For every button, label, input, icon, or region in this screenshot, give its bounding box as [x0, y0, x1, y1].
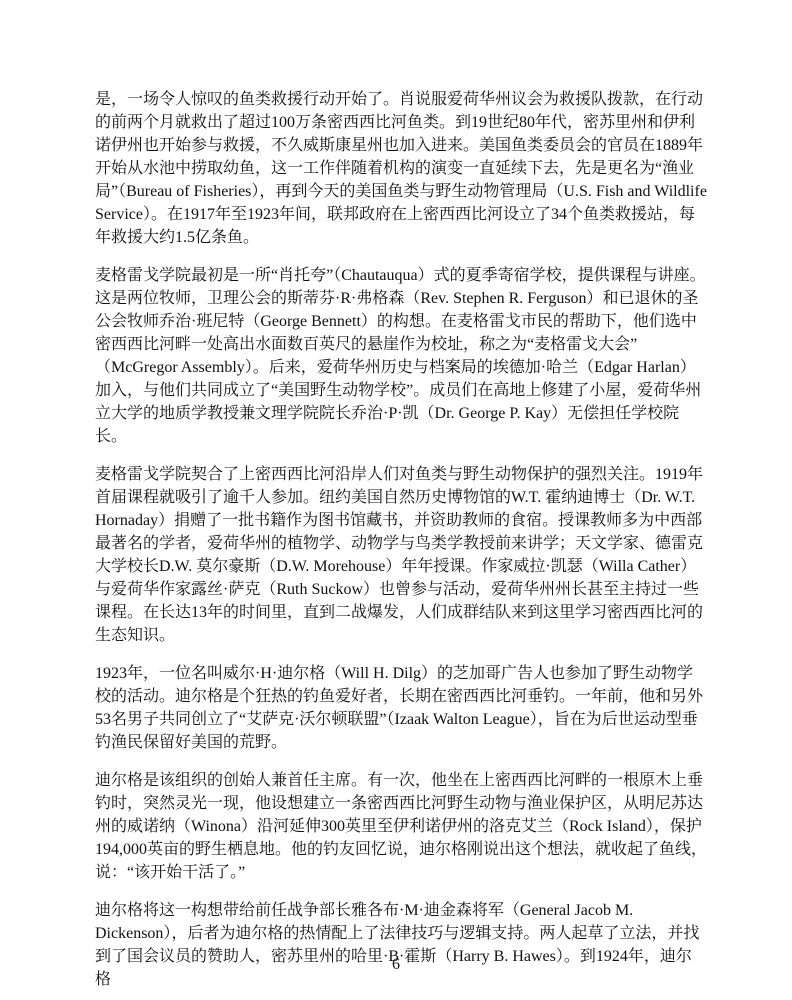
- paragraph-dickenson-hawes: 迪尔格将这一构想带给前任战争部长雅各布·M·迪金森将军（General Jaco…: [95, 899, 707, 991]
- paragraph-refuge-idea: 迪尔格是该组织的创始人兼首任主席。有一次，他坐在上密西西比河畔的一根原木上垂钓时…: [95, 769, 707, 884]
- document-page: 是，一场令人惊叹的鱼类救援行动开始了。肖说服爱荷华州议会为救援队拨款，在行动的前…: [0, 0, 792, 1000]
- paragraph-school-courses: 麦格雷戈学院契合了上密西西比河沿岸人们对鱼类与野生动物保护的强烈关注。1919年…: [95, 463, 707, 647]
- paragraph-mcgregor-assembly: 麦格雷戈学院最初是一所“肖托夸”（Chautauqua）式的夏季寄宿学校，提供课…: [95, 264, 707, 448]
- paragraph-will-dilg: 1923年，一位名叫威尔·H·迪尔格（Will H. Dilg）的芝加哥广告人也…: [95, 662, 707, 754]
- page-number: 6: [392, 956, 400, 973]
- paragraph-fish-rescue: 是，一场令人惊叹的鱼类救援行动开始了。肖说服爱荷华州议会为救援队拨款，在行动的前…: [95, 88, 707, 249]
- page-footer: 6: [0, 956, 792, 974]
- text-block: 是，一场令人惊叹的鱼类救援行动开始了。肖说服爱荷华州议会为救援队拨款，在行动的前…: [95, 88, 707, 991]
